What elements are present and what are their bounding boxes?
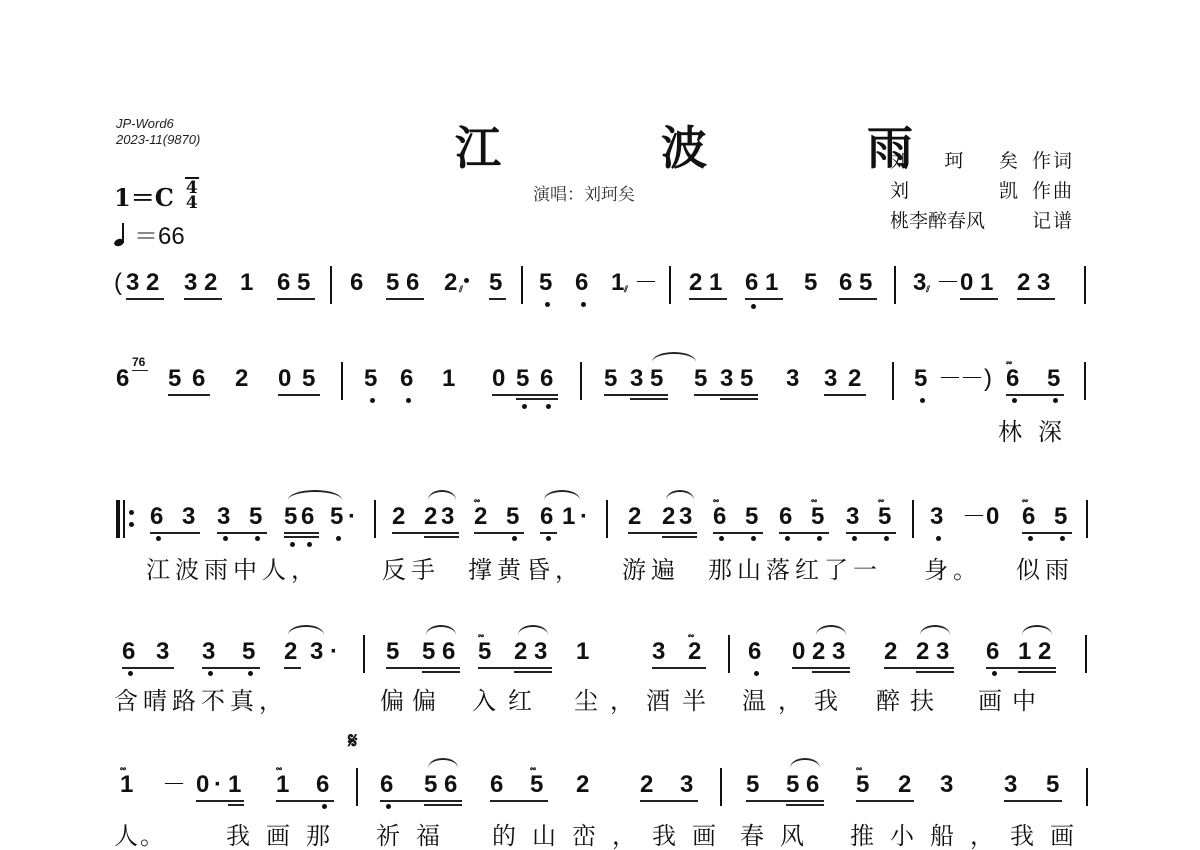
quarter-note-icon xyxy=(114,222,128,246)
underline xyxy=(276,800,334,802)
note: 6 xyxy=(575,268,588,298)
note: 6 xyxy=(745,268,758,298)
lyric: 游遍 xyxy=(622,550,680,585)
lyric: 偏偏 xyxy=(380,681,444,716)
note: 5 xyxy=(1046,770,1059,800)
low-dot xyxy=(920,398,925,403)
underline-double xyxy=(424,804,462,806)
underline xyxy=(122,667,174,669)
lyric: 撑黄昏， xyxy=(468,550,584,585)
underline-double xyxy=(422,671,460,673)
lyricist-credit: 刘 珂 矣 作词 xyxy=(890,146,1074,176)
note: 3 xyxy=(680,770,693,800)
low-dot xyxy=(751,304,756,309)
note: 1 xyxy=(240,268,253,298)
note: 3 xyxy=(182,502,195,532)
slur xyxy=(518,625,548,635)
note: 2 xyxy=(514,637,527,667)
note: 6 xyxy=(380,770,393,800)
grace-notes: 76 xyxy=(132,355,145,369)
note: 3 xyxy=(824,364,837,394)
note: 5 xyxy=(694,364,707,394)
underline xyxy=(386,667,460,669)
note: 2 xyxy=(662,502,675,532)
score-line-2: 6 76 5 6 2 0 5 5 6 1 0 5 6 5 3 5 5 3 5 3… xyxy=(112,364,1092,404)
underline xyxy=(604,394,668,396)
note: 3 xyxy=(786,364,799,394)
lyric: 画中 xyxy=(978,681,1046,716)
bar-line xyxy=(356,768,358,806)
underline xyxy=(792,667,850,669)
note: 0 xyxy=(278,364,291,394)
slur xyxy=(288,490,342,500)
bar-line xyxy=(330,266,332,304)
bar-line xyxy=(1086,500,1088,538)
key-signature: 1＝C 4 4 xyxy=(114,178,198,213)
open-paren: ( xyxy=(114,268,122,298)
note: 5 xyxy=(284,502,297,532)
credit-char: 矣 xyxy=(999,146,1018,176)
note: 6 xyxy=(301,502,314,532)
underline xyxy=(492,394,558,396)
underline-double xyxy=(514,671,552,673)
dash: － xyxy=(962,502,986,532)
underline xyxy=(386,298,424,300)
note: 6 xyxy=(122,637,135,667)
dash: － xyxy=(634,268,658,298)
low-dot xyxy=(719,536,724,541)
low-dot xyxy=(406,398,411,403)
bar-line xyxy=(374,500,376,538)
lyric: 反手 xyxy=(382,550,440,585)
note: 5 xyxy=(530,770,543,800)
note: 6 xyxy=(277,268,290,298)
note: 5 xyxy=(478,637,491,667)
low-dot xyxy=(1060,536,1065,541)
note: 6 xyxy=(444,770,457,800)
bar-line xyxy=(720,768,722,806)
underline xyxy=(640,800,698,802)
underline-double xyxy=(1018,671,1056,673)
underline xyxy=(689,298,727,300)
repeat-dot xyxy=(129,522,134,527)
note: 3 xyxy=(310,637,323,667)
lyric: 春风 xyxy=(740,816,820,850)
underline xyxy=(713,532,763,534)
tempo-value: ＝66 xyxy=(134,216,185,251)
note: 5 xyxy=(506,502,519,532)
score-line-5: 𝄋 𝆗 1 － 0 · 1 𝆗 1 6 6 5 6 6 𝆗 5 2 2 3 5 … xyxy=(112,770,1092,810)
bar-line xyxy=(341,362,343,400)
note: 2 xyxy=(640,770,653,800)
note: 3 xyxy=(930,502,943,532)
lyric: 推小船，我画 xyxy=(850,816,1090,850)
note: 1 xyxy=(980,268,993,298)
close-paren: ) xyxy=(984,364,992,394)
note: 0 xyxy=(960,268,973,298)
note: 6 xyxy=(350,268,363,298)
repeat-start-thick xyxy=(116,500,120,538)
note: 1 xyxy=(576,637,589,667)
note: 5 xyxy=(804,268,817,298)
low-dot xyxy=(522,404,527,409)
tempo-marking: ＝66 xyxy=(114,216,185,251)
underline xyxy=(628,532,697,534)
note: 6 xyxy=(116,364,129,394)
low-dot xyxy=(1012,398,1017,403)
slur xyxy=(544,490,580,500)
note: 3 xyxy=(1004,770,1017,800)
composer-credit: 刘 凯 作曲 xyxy=(890,176,1074,206)
note: 6 xyxy=(442,637,455,667)
low-dot xyxy=(290,542,295,547)
low-dot xyxy=(255,536,260,541)
low-dot xyxy=(1053,398,1058,403)
note: 3 xyxy=(156,637,169,667)
note: 6 xyxy=(806,770,819,800)
note: 6 xyxy=(316,770,329,800)
note: 5 xyxy=(386,268,399,298)
note: 2 xyxy=(576,770,589,800)
time-signature: 4 4 xyxy=(186,181,198,211)
underline xyxy=(846,532,896,534)
note: 5 xyxy=(424,770,437,800)
note: 6 xyxy=(406,268,419,298)
lyric: 含晴路不真， xyxy=(114,681,288,716)
underline xyxy=(652,667,706,669)
note: 6 xyxy=(748,637,761,667)
underline-double xyxy=(516,398,558,400)
underline xyxy=(694,394,758,396)
note: 3 xyxy=(913,268,926,298)
singer-credit: 演唱：刘珂矣 xyxy=(533,180,635,205)
note: 3 xyxy=(940,770,953,800)
note: 5 xyxy=(1047,364,1060,394)
bar-line xyxy=(580,362,582,400)
score-line-4: 6 3 3 5 2 3 · 5 5 6 𝆗 5 2 3 1 3 𝆗 2 6 0 … xyxy=(112,637,1092,677)
lyric: 的山峦，我画 xyxy=(492,816,732,850)
note: 1 xyxy=(562,502,575,532)
low-dot xyxy=(992,671,997,676)
note: 5 xyxy=(1054,502,1067,532)
lyric: 尘，酒半 xyxy=(574,681,718,716)
lyric: 深 xyxy=(1038,412,1062,447)
note: 6 xyxy=(839,268,852,298)
low-dot xyxy=(223,536,228,541)
note: 5 xyxy=(242,637,255,667)
low-dot xyxy=(936,536,941,541)
slur xyxy=(666,490,694,500)
underline xyxy=(168,394,210,396)
note: 1 xyxy=(120,770,133,800)
low-dot xyxy=(546,404,551,409)
underline xyxy=(856,800,914,802)
slur xyxy=(426,625,456,635)
dot-extension: · xyxy=(214,770,222,800)
underline-double xyxy=(228,804,244,806)
note: 6 xyxy=(540,502,553,532)
lyric: 那山落红了一 xyxy=(708,550,882,585)
underline xyxy=(150,532,200,534)
underline xyxy=(202,667,260,669)
note: 5 xyxy=(740,364,753,394)
note: 3 xyxy=(630,364,643,394)
repeat-start-thin xyxy=(123,500,125,538)
note: 2 xyxy=(284,637,297,667)
underline xyxy=(284,532,319,534)
note: 5 xyxy=(650,364,663,394)
underline-double xyxy=(662,536,697,538)
tremolo-mark: ⫽ xyxy=(624,284,626,295)
underline xyxy=(960,298,998,300)
low-dot xyxy=(322,804,327,809)
note: 6 xyxy=(150,502,163,532)
lyric: 身。 xyxy=(924,550,982,585)
slur xyxy=(920,625,950,635)
note: 2 xyxy=(392,502,405,532)
underline-double xyxy=(812,671,850,673)
note: 6 xyxy=(1006,364,1019,394)
tremolo-mark: ⫽ xyxy=(459,284,461,295)
bar-line xyxy=(669,266,671,304)
credit-name: 桃李醉春风 xyxy=(890,206,985,236)
low-dot xyxy=(852,536,857,541)
low-dot xyxy=(386,804,391,809)
note: 2 xyxy=(235,364,248,394)
dot-extension: · xyxy=(580,502,588,532)
dash: － xyxy=(162,770,186,800)
underline-double xyxy=(284,536,319,538)
note: 5 xyxy=(859,268,872,298)
bar-line xyxy=(728,635,730,673)
lyric: 祈福 xyxy=(376,816,456,850)
underline xyxy=(884,667,954,669)
note: 5 xyxy=(786,770,799,800)
note: 3 xyxy=(1037,268,1050,298)
underline xyxy=(478,667,552,669)
note: 5 xyxy=(168,364,181,394)
credit-char: 刘 xyxy=(890,176,909,206)
note: 3 xyxy=(652,637,665,667)
note: 1 xyxy=(442,364,455,394)
note: 3 xyxy=(126,268,139,298)
lyric: 醉扶 xyxy=(876,681,944,716)
slur xyxy=(652,352,696,362)
note: 1 xyxy=(765,268,778,298)
slur xyxy=(816,625,846,635)
note: 0 xyxy=(196,770,209,800)
bar-line xyxy=(892,362,894,400)
note: 6 xyxy=(192,364,205,394)
note: 5 xyxy=(914,364,927,394)
underline xyxy=(380,800,462,802)
note: 6 xyxy=(400,364,413,394)
underline xyxy=(746,800,824,802)
dash: － xyxy=(938,364,962,394)
lyric: 入红 xyxy=(472,681,544,716)
dot xyxy=(464,278,469,283)
note: 5 xyxy=(878,502,891,532)
note: 2 xyxy=(444,268,457,298)
low-dot xyxy=(128,671,133,676)
bar-line xyxy=(363,635,365,673)
bar-line xyxy=(1084,362,1086,400)
underline xyxy=(489,298,506,300)
underline xyxy=(217,532,267,534)
low-dot xyxy=(248,671,253,676)
note: 1 xyxy=(228,770,241,800)
score-line-1: ( 3 2 3 2 1 6 5 6 5 6 2 ⫽ 5 5 6 1 ⫽ － 2 … xyxy=(112,268,1092,308)
note: 1 xyxy=(709,268,722,298)
note: 2 xyxy=(916,637,929,667)
bar-line xyxy=(521,266,523,304)
note: 2 xyxy=(204,268,217,298)
underline-double xyxy=(786,804,824,806)
underline-double xyxy=(630,398,668,400)
underline xyxy=(1017,298,1055,300)
score-line-3: 6 3 3 5 5 6 5 · 2 2 3 𝆗 2 5 6 1 · 2 2 3 … xyxy=(112,502,1092,542)
low-dot xyxy=(785,536,790,541)
underline xyxy=(184,298,222,300)
time-sig-divider xyxy=(185,177,199,179)
underline xyxy=(824,394,866,396)
note: 6 xyxy=(490,770,503,800)
software-version: 2023-11(9870) xyxy=(116,132,200,148)
software-name: JP-Word6 xyxy=(116,116,200,132)
key-label: 1＝C xyxy=(114,178,174,213)
note: 5 xyxy=(539,268,552,298)
underline-double xyxy=(720,398,758,400)
low-dot xyxy=(208,671,213,676)
note: 5 xyxy=(604,364,617,394)
note: 5 xyxy=(856,770,869,800)
dot-extension: · xyxy=(348,502,356,532)
bar-line xyxy=(1085,635,1087,673)
note: 5 xyxy=(386,637,399,667)
lyric: 林 xyxy=(998,412,1022,447)
underline xyxy=(392,532,459,534)
low-dot xyxy=(336,536,341,541)
credits: 刘 珂 矣 作词 刘 凯 作曲 桃李醉春风 记谱 xyxy=(890,146,1074,236)
slur xyxy=(288,625,324,635)
credit-char: 凯 xyxy=(999,176,1018,206)
credit-role: 记谱 xyxy=(1032,206,1074,236)
note: 3 xyxy=(832,637,845,667)
dot-extension: · xyxy=(330,637,338,667)
low-dot xyxy=(751,536,756,541)
tremolo-mark: ⫽ xyxy=(926,284,928,295)
grace-underline xyxy=(132,370,148,371)
note: 3 xyxy=(184,268,197,298)
underline xyxy=(126,298,164,300)
underline xyxy=(540,532,557,534)
note: 2 xyxy=(1017,268,1030,298)
note: 5 xyxy=(489,268,502,298)
bar-line xyxy=(912,500,914,538)
underline xyxy=(196,800,244,802)
lyric: 江波雨中人， xyxy=(146,550,320,585)
note: 6 xyxy=(540,364,553,394)
note: 0 xyxy=(792,637,805,667)
lyric: 我画那 xyxy=(226,816,346,850)
note: 5 xyxy=(811,502,824,532)
lyric: 人。 xyxy=(114,816,166,850)
low-dot xyxy=(581,302,586,307)
low-dot xyxy=(370,398,375,403)
underline xyxy=(779,532,829,534)
credit-role: 作曲 xyxy=(1032,176,1074,206)
underline xyxy=(1006,394,1064,396)
segno-icon: 𝄋 xyxy=(348,728,357,754)
note: 6 xyxy=(779,502,792,532)
bar-line xyxy=(1086,768,1088,806)
underline xyxy=(284,667,301,669)
note: 2 xyxy=(688,637,701,667)
note: 2 xyxy=(898,770,911,800)
underline xyxy=(1004,800,1062,802)
note: 5 xyxy=(746,770,759,800)
slur xyxy=(428,490,456,500)
repeat-dot xyxy=(129,510,134,515)
bar-line xyxy=(606,500,608,538)
underline xyxy=(277,298,315,300)
note: 5 xyxy=(745,502,758,532)
note: 1 xyxy=(1018,637,1031,667)
lyric: 温，我 xyxy=(742,681,850,716)
transcriber-credit: 桃李醉春风 记谱 xyxy=(890,206,1074,236)
note: 3 xyxy=(534,637,547,667)
note: 6 xyxy=(986,637,999,667)
dash: － xyxy=(936,268,960,298)
note: 5 xyxy=(330,502,343,532)
note: 5 xyxy=(364,364,377,394)
low-dot xyxy=(1028,536,1033,541)
credit-char: 珂 xyxy=(944,146,963,176)
note: 6 xyxy=(713,502,726,532)
note: 6 xyxy=(1022,502,1035,532)
underline xyxy=(1022,532,1072,534)
underline-double xyxy=(916,671,954,673)
note: 2 xyxy=(689,268,702,298)
underline xyxy=(986,667,1056,669)
underline xyxy=(745,298,783,300)
note: 2 xyxy=(146,268,159,298)
lyric: 似雨 xyxy=(1016,550,1074,585)
underline-double xyxy=(424,536,459,538)
note: 3 xyxy=(217,502,230,532)
low-dot xyxy=(156,536,161,541)
note: 0 xyxy=(492,364,505,394)
low-dot xyxy=(545,302,550,307)
note: 2 xyxy=(848,364,861,394)
slur xyxy=(428,758,458,768)
underline xyxy=(278,394,320,396)
slur xyxy=(790,758,820,768)
note: 3 xyxy=(441,502,454,532)
note: 2 xyxy=(1038,637,1051,667)
low-dot xyxy=(546,536,551,541)
note: 5 xyxy=(516,364,529,394)
underline xyxy=(490,800,548,802)
dash: － xyxy=(960,364,984,394)
note: 3 xyxy=(846,502,859,532)
underline xyxy=(474,532,524,534)
bar-line xyxy=(1084,266,1086,304)
note: 1 xyxy=(276,770,289,800)
note: 3 xyxy=(720,364,733,394)
note: 0 xyxy=(986,502,999,532)
note: 3 xyxy=(679,502,692,532)
